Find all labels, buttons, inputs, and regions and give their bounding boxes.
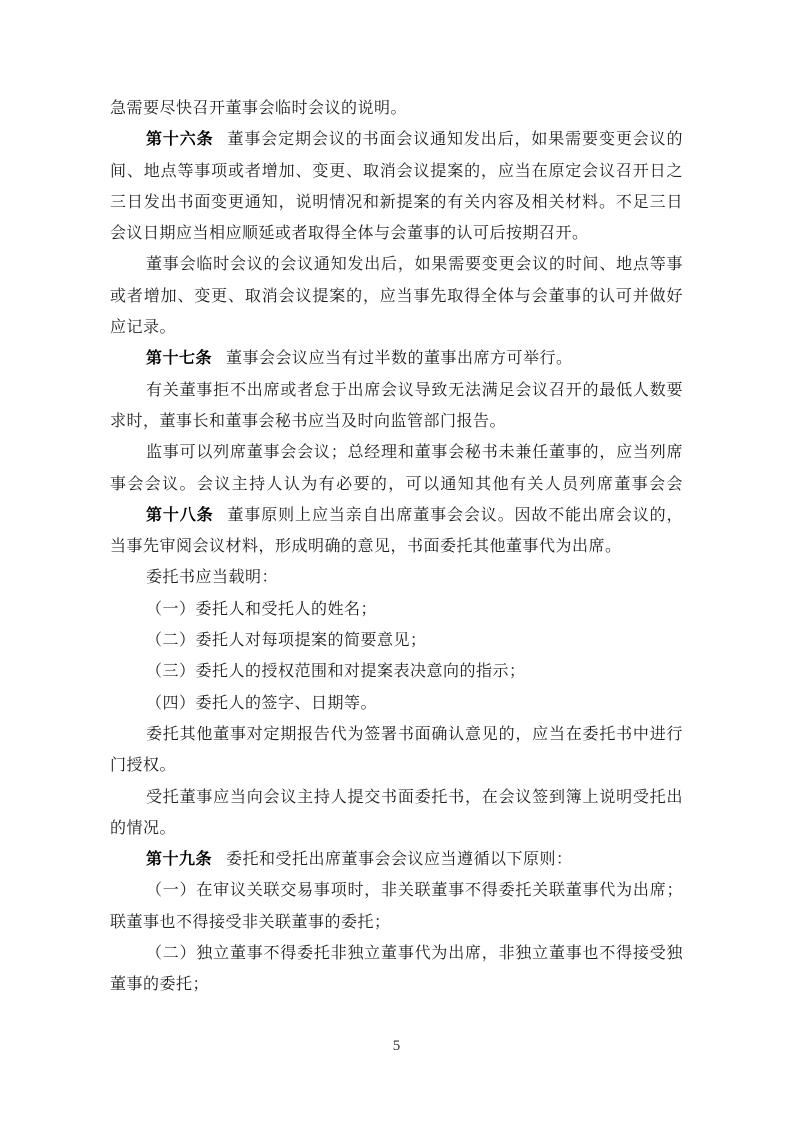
text-line: （一）委托人和受托人的姓名； <box>110 594 683 625</box>
paragraph: 第十八条董事原则上应当亲自出席董事会会议。因故不能出席会议的，应当事先审阅会议材… <box>110 500 683 563</box>
text-line: 会议日期应当相应顺延或者取得全体与会董事的认可后按期召开。 <box>110 218 683 249</box>
document-page: 急需要尽快召开董事会临时会议的说明。第十六条董事会定期会议的书面会议通知发出后，… <box>0 0 793 1122</box>
text-line: 有关董事拒不出席或者怠于出席会议导致无法满足会议召开的最低人数要 <box>110 375 683 406</box>
paragraph: 董事会临时会议的会议通知发出后，如果需要变更会议的时间、地点等事项或者增加、变更… <box>110 249 683 343</box>
paragraph: 急需要尽快召开董事会临时会议的说明。 <box>110 93 683 124</box>
text-line: 事会会议。会议主持人认为有必要的，可以通知其他有关人员列席董事会会议。 <box>110 469 683 500</box>
text-line: 第十九条委托和受托出席董事会会议应当遵循以下原则： <box>110 844 683 875</box>
text-line: 第十六条董事会定期会议的书面会议通知发出后，如果需要变更会议的时 <box>110 124 683 155</box>
text-line: 第十八条董事原则上应当亲自出席董事会会议。因故不能出席会议的，应 <box>110 500 683 531</box>
text-line: 间、地点等事项或者增加、变更、取消会议提案的，应当在原定会议召开日之前 <box>110 156 683 187</box>
text-line: （一）在审议关联交易事项时，非关联董事不得委托关联董事代为出席；关 <box>110 875 683 906</box>
paragraph: 委托其他董事对定期报告代为签署书面确认意见的，应当在委托书中进行专门授权。 <box>110 719 683 782</box>
text-line: 监事可以列席董事会会议；总经理和董事会秘书未兼任董事的，应当列席董 <box>110 437 683 468</box>
paragraph: （三）委托人的授权范围和对提案表决意向的指示； <box>110 656 683 687</box>
text-line: 董事的委托； <box>110 969 683 1000</box>
paragraph: 第十七条董事会会议应当有过半数的董事出席方可举行。 <box>110 343 683 374</box>
text-line: （三）委托人的授权范围和对提案表决意向的指示； <box>110 656 683 687</box>
paragraph: 受托董事应当向会议主持人提交书面委托书，在会议签到簿上说明受托出席的情况。 <box>110 782 683 845</box>
paragraph: （四）委托人的签字、日期等。 <box>110 688 683 719</box>
article-number: 第十八条 <box>146 507 214 524</box>
page-number-footer: 5 <box>0 1036 793 1056</box>
paragraph: 有关董事拒不出席或者怠于出席会议导致无法满足会议召开的最低人数要求时，董事长和董… <box>110 375 683 438</box>
text-line: 董事会临时会议的会议通知发出后，如果需要变更会议的时间、地点等事项 <box>110 249 683 280</box>
text-line: （四）委托人的签字、日期等。 <box>110 688 683 719</box>
text-line: 三日发出书面变更通知，说明情况和新提案的有关内容及相关材料。不足三日的， <box>110 187 683 218</box>
text-line: 第十七条董事会会议应当有过半数的董事出席方可举行。 <box>110 343 683 374</box>
document-body: 急需要尽快召开董事会临时会议的说明。第十六条董事会定期会议的书面会议通知发出后，… <box>110 93 683 1001</box>
text-line: （二）委托人对每项提案的简要意见； <box>110 625 683 656</box>
paragraph: （二）独立董事不得委托非独立董事代为出席，非独立董事也不得接受独立董事的委托； <box>110 938 683 1001</box>
text-line: 受托董事应当向会议主持人提交书面委托书，在会议签到簿上说明受托出席 <box>110 782 683 813</box>
paragraph: 第十六条董事会定期会议的书面会议通知发出后，如果需要变更会议的时间、地点等事项或… <box>110 124 683 249</box>
text-line: 联董事也不得接受非关联董事的委托； <box>110 907 683 938</box>
text-line: 委托书应当载明： <box>110 562 683 593</box>
paragraph: 第十九条委托和受托出席董事会会议应当遵循以下原则： <box>110 844 683 875</box>
text-line: 求时，董事长和董事会秘书应当及时向监管部门报告。 <box>110 406 683 437</box>
text-line: （二）独立董事不得委托非独立董事代为出席，非独立董事也不得接受独立 <box>110 938 683 969</box>
paragraph: （二）委托人对每项提案的简要意见； <box>110 625 683 656</box>
paragraph: 监事可以列席董事会会议；总经理和董事会秘书未兼任董事的，应当列席董事会会议。会议… <box>110 437 683 500</box>
page-number: 5 <box>393 1038 401 1054</box>
text-line: 或者增加、变更、取消会议提案的，应当事先取得全体与会董事的认可并做好相 <box>110 281 683 312</box>
text-line: 应记录。 <box>110 312 683 343</box>
text-line: 急需要尽快召开董事会临时会议的说明。 <box>110 93 683 124</box>
text-line: 当事先审阅会议材料，形成明确的意见，书面委托其他董事代为出席。 <box>110 531 683 562</box>
article-number: 第十六条 <box>146 131 214 148</box>
article-number: 第十七条 <box>146 350 212 367</box>
paragraph: （一）委托人和受托人的姓名； <box>110 594 683 625</box>
text-line: 委托其他董事对定期报告代为签署书面确认意见的，应当在委托书中进行专 <box>110 719 683 750</box>
paragraph: 委托书应当载明： <box>110 562 683 593</box>
text-line: 门授权。 <box>110 750 683 781</box>
paragraph: （一）在审议关联交易事项时，非关联董事不得委托关联董事代为出席；关联董事也不得接… <box>110 875 683 938</box>
text-line: 的情况。 <box>110 813 683 844</box>
article-number: 第十九条 <box>146 851 212 868</box>
